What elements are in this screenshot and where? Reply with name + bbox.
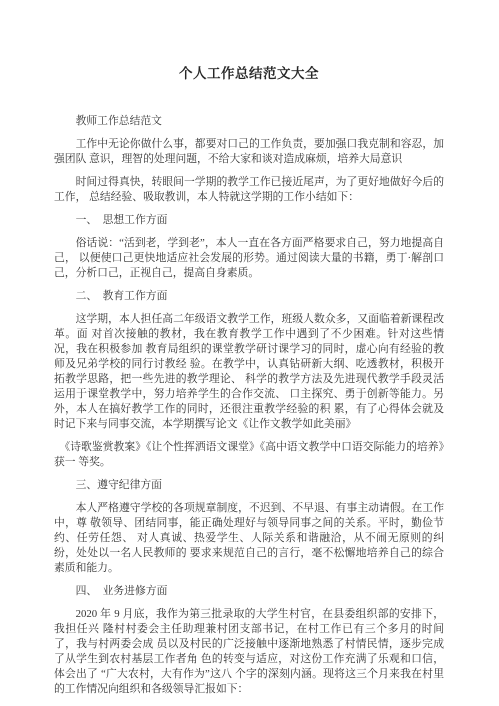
paragraph: 2020 年 9 月底，我作为第三批录取的大学生村官，在县委组织部的安排下，我担… [54, 607, 444, 697]
paragraph: 工作中无论你做什么事，都要对口己的工作负责，要加强口我克制和容忍，加强团队 意识… [54, 137, 444, 167]
section-heading-4: 四、 业务进修方面 [54, 584, 444, 599]
section-heading-3: 三、遵守纪律方面 [54, 478, 444, 493]
paragraph: 《诗歌鉴赏教案》《让个性挥洒语文课堂》《高中语文教学中口语交际能力的培养》获一 … [54, 440, 444, 470]
paragraph: 这学期，本人担任高二年级语文教学工作，班级人数众多，又面临着新课程改革。面 对首… [54, 312, 444, 432]
section-heading-2: 二、 教育工作方面 [54, 289, 444, 304]
document-page: 个人工作总结范文大全 教师工作总结范文 工作中无论你做什么事，都要对口己的工作负… [0, 0, 499, 706]
section-heading-1: 一、 思想工作方面 [54, 213, 444, 228]
paragraph: 本人严格遵守学校的各项规章制度，不迟到、不早退、有事主动请假。在工作中，尊 敬领… [54, 501, 444, 576]
paragraph: 俗话说：“活到老，学到老”，本人一直在各方面严格要求自己，努力地提高自己， 以便… [54, 236, 444, 281]
document-subtitle: 教师工作总结范文 [54, 114, 444, 129]
document-title: 个人工作总结范文大全 [54, 62, 444, 82]
paragraph: 时间过得真快，转眼间一学期的教学工作已接近尾声，为了更好地做好今后的工作， 总结… [54, 175, 444, 205]
